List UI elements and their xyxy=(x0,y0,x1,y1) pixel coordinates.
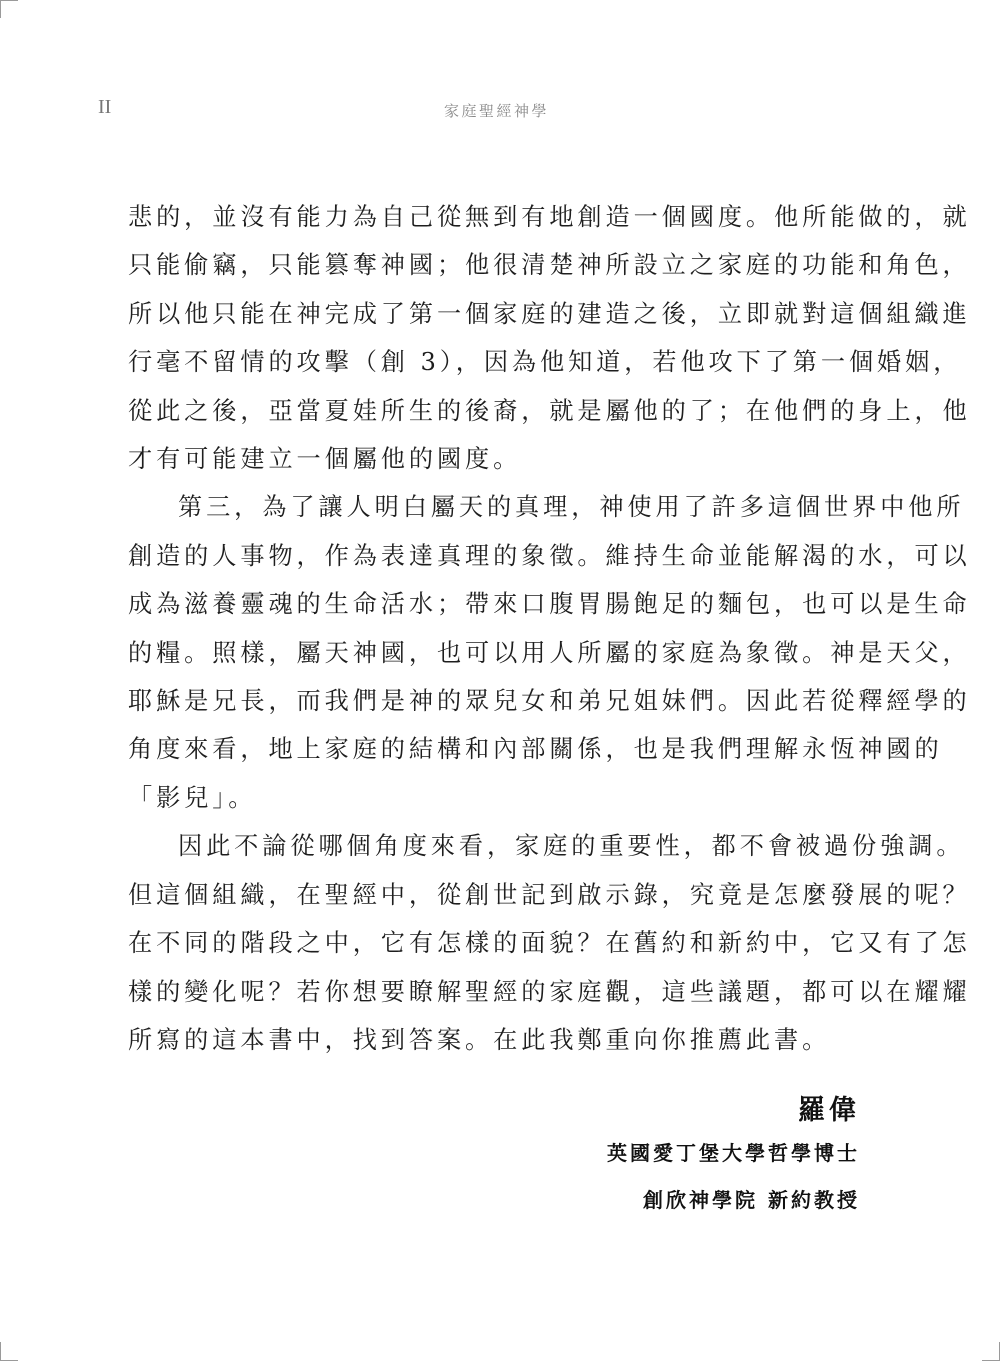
text-line: 創造的人事物，作為表達真理的象徵。維持生命並能解渴的水，可以 xyxy=(128,532,864,580)
text-line: 所寫的這本書中，找到答案。在此我鄭重向你推薦此書。 xyxy=(128,1016,864,1064)
text-line: 悲的，並沒有能力為自己從無到有地創造一個國度。他所能做的，就 xyxy=(128,193,864,241)
paragraph-2: 第三，為了讓人明白屬天的真理，神使用了許多這個世界中他所 創造的人事物，作為表達… xyxy=(128,483,864,822)
paragraph-1: 悲的，並沒有能力為自己從無到有地創造一個國度。他所能做的，就 只能偷竊，只能篡奪… xyxy=(128,193,864,483)
author-credential: 英國愛丁堡大學哲學博士 xyxy=(607,1137,860,1166)
running-book-title: 家庭聖經神學 xyxy=(444,100,549,121)
author-position: 創欣神學院 新約教授 xyxy=(643,1184,860,1213)
text-line: 「影兒」。 xyxy=(128,774,864,822)
text-line: 成為滋養靈魂的生命活水；帶來口腹胃腸飽足的麵包，也可以是生命 xyxy=(128,580,864,628)
text-line: 只能偷竊，只能篡奪神國；他很清楚神所設立之家庭的功能和角色， xyxy=(128,241,864,289)
text-line: 行毫不留情的攻擊（創 3），因為他知道，若他攻下了第一個婚姻， xyxy=(128,338,864,386)
text-line: 第三，為了讓人明白屬天的真理，神使用了許多這個世界中他所 xyxy=(128,483,864,531)
paragraph-3: 因此不論從哪個角度來看，家庭的重要性，都不會被過份強調。 但這個組織，在聖經中，… xyxy=(128,822,864,1064)
text-line: 從此之後，亞當夏娃所生的後裔，就是屬他的了；在他們的身上，他 xyxy=(128,387,864,435)
text-line: 因此不論從哪個角度來看，家庭的重要性，都不會被過份強調。 xyxy=(128,822,864,870)
body-text: 悲的，並沒有能力為自己從無到有地創造一個國度。他所能做的，就 只能偷竊，只能篡奪… xyxy=(128,193,864,1064)
crop-mark-bottom-left-v xyxy=(0,1342,1,1361)
text-line: 角度來看，地上家庭的結構和內部關係，也是我們理解永恆神國的 xyxy=(128,725,864,773)
text-line: 樣的變化呢？若你想要瞭解聖經的家庭觀，這些議題，都可以在耀耀 xyxy=(128,968,864,1016)
text-line: 才有可能建立一個屬他的國度。 xyxy=(128,435,864,483)
author-name: 羅偉 xyxy=(798,1088,860,1127)
crop-mark-top-left-v xyxy=(0,0,1,18)
text-line: 所以他只能在神完成了第一個家庭的建造之後，立即就對這個組織進 xyxy=(128,290,864,338)
crop-mark-top-left-h xyxy=(0,0,18,1)
text-line: 在不同的階段之中，它有怎樣的面貌？在舊約和新約中，它又有了怎 xyxy=(128,919,864,967)
page-number: II xyxy=(98,96,111,119)
text-line: 耶穌是兄長，而我們是神的眾兒女和弟兄姐妹們。因此若從釋經學的 xyxy=(128,677,864,725)
text-line: 的糧。照樣，屬天神國，也可以用人所屬的家庭為象徵。神是天父， xyxy=(128,629,864,677)
text-line: 但這個組織，在聖經中，從創世記到啟示錄，究竟是怎麼發展的呢？ xyxy=(128,871,864,919)
